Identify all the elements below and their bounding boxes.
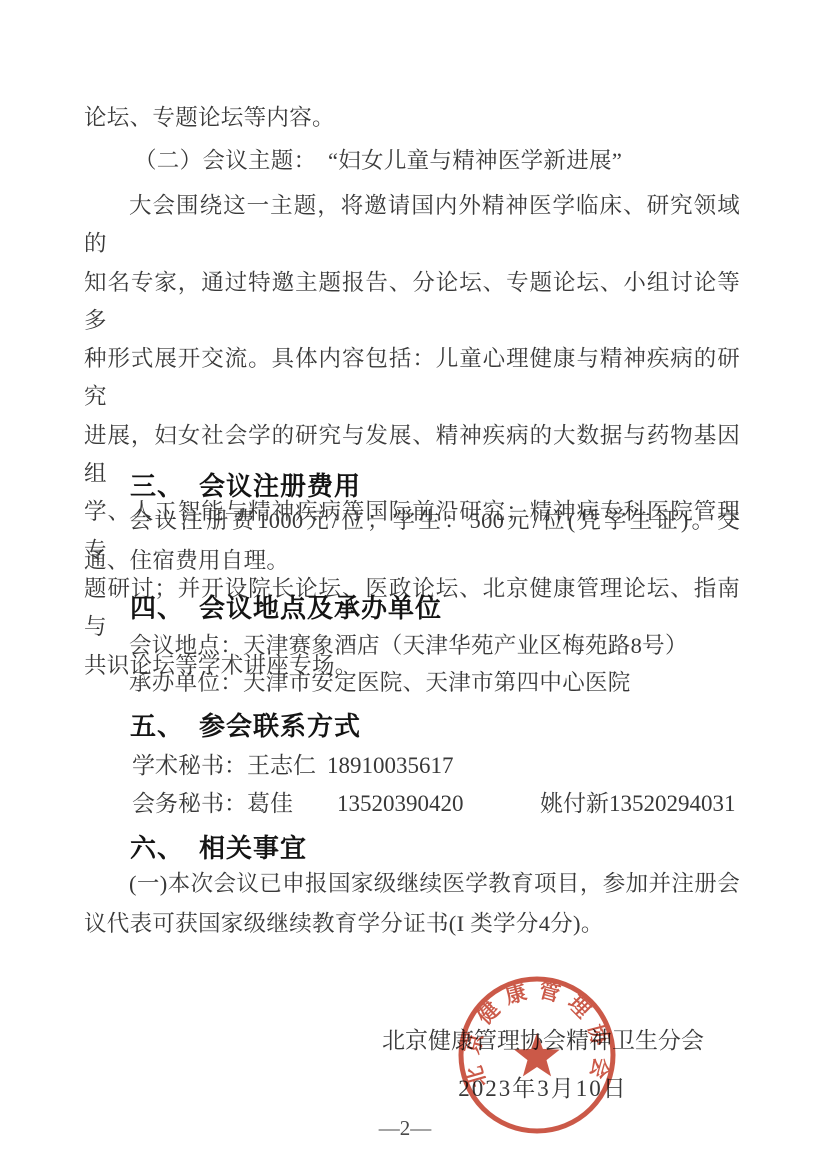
paragraph-line: 通、住宿费用自理。 bbox=[84, 541, 740, 581]
meeting-theme-line: （二）会议主题： “妇女儿童与精神医学新进展” bbox=[84, 142, 740, 180]
contact-row-affairs-secretary: 会务秘书：葛佳 13520390420 姚付新13520294031 bbox=[132, 785, 772, 823]
contact-phone: 13520294031 bbox=[609, 791, 736, 816]
contact-name: 葛佳 bbox=[247, 791, 293, 816]
section-number: 六、 bbox=[130, 833, 184, 863]
paragraph-line: 知名专家，通过特邀主题报告、分论坛、专题论坛、小组讨论等多 bbox=[84, 264, 740, 341]
paragraph-line: (一)本次会议已申报国家级继续医学教育项目，参加并注册会 bbox=[84, 864, 740, 904]
organizer-line: 承办单位：天津市安定医院、天津市第四中心医院 bbox=[84, 664, 740, 702]
section-heading-related-matters: 六、相关事宜 bbox=[84, 829, 740, 867]
section-heading-venue: 四、会议地点及承办单位 bbox=[84, 589, 740, 627]
contact-secondary: 姚付新13520294031 bbox=[540, 785, 736, 823]
section-number: 五、 bbox=[130, 711, 184, 741]
venue-line: 会议地点：天津赛象酒店（天津华苑产业区梅苑路8号） bbox=[84, 627, 740, 665]
section-title: 相关事宜 bbox=[199, 833, 307, 863]
related-matters-paragraph: (一)本次会议已申报国家级继续医学教育项目，参加并注册会 议代表可获国家级继续教… bbox=[84, 864, 740, 944]
signature-organization: 北京健康管理协会精神卫生分会 bbox=[382, 1022, 712, 1060]
fee-paragraph: 会议注册费1000元/位；学生：500元/位(凭学生证)。交 通、住宿费用自理。 bbox=[84, 501, 740, 581]
paragraph-line: 议代表可获国家级继续教育学分证书(I 类学分4分)。 bbox=[84, 904, 740, 944]
contact-phone: 18910035617 bbox=[327, 747, 454, 785]
signature-date: 2023年3月10日 bbox=[382, 1070, 704, 1108]
section-heading-contacts: 五、参会联系方式 bbox=[84, 707, 740, 745]
contact-name: 王志仁 bbox=[247, 753, 316, 778]
section-title: 会议地点及承办单位 bbox=[199, 593, 442, 623]
contact-role: 会务秘书： bbox=[132, 791, 247, 816]
section-title: 参会联系方式 bbox=[199, 711, 361, 741]
intro-continuation-line: 论坛、专题论坛等内容。 bbox=[84, 99, 740, 137]
contact-name: 姚付新 bbox=[540, 791, 609, 816]
document-page: 论坛、专题论坛等内容。 （二）会议主题： “妇女儿童与精神医学新进展” 大会围绕… bbox=[0, 0, 840, 1159]
contact-row-academic-secretary: 学术秘书：王志仁 18910035617 bbox=[132, 747, 772, 785]
contact-phone: 13520390420 bbox=[337, 785, 464, 823]
page-number: —2— bbox=[0, 1113, 810, 1143]
section-number: 三、 bbox=[130, 471, 184, 501]
paragraph-line: 大会围绕这一主题，将邀请国内外精神医学临床、研究领域的 bbox=[84, 187, 740, 264]
section-heading-registration-fee: 三、会议注册费用 bbox=[84, 467, 740, 505]
section-title: 会议注册费用 bbox=[199, 471, 361, 501]
contact-role: 学术秘书： bbox=[132, 753, 247, 778]
paragraph-line: 种形式展开交流。具体内容包括：儿童心理健康与精神疾病的研究 bbox=[84, 340, 740, 417]
section-number: 四、 bbox=[130, 593, 184, 623]
paragraph-line: 会议注册费1000元/位；学生：500元/位(凭学生证)。交 bbox=[84, 501, 740, 541]
